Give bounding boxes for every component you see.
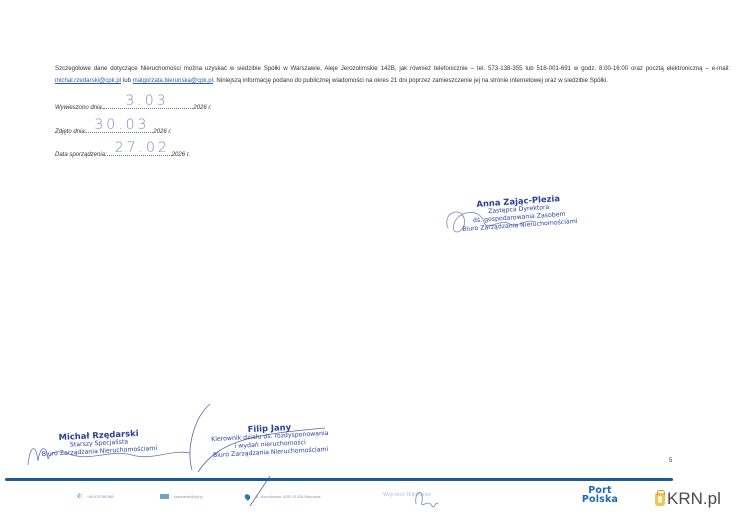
paragraph-text-1: Szczegółowe dane dotyczące Nieruchomości… (55, 65, 730, 72)
stamp-filip-jany: Filip Jany Kierownik działu ds. rozdyspo… (189, 419, 351, 461)
location-pin-icon (244, 493, 252, 501)
footer-phone-text: +48 578 088 888 (87, 495, 113, 499)
date-prepared-label: Data sporządzenia: (55, 152, 107, 158)
date-prepared-suffix: 2026 r. (172, 152, 190, 158)
date-prepared-line: Data sporządzenia:27.022026 r. (55, 149, 190, 158)
faded-stamp: Wojciech Bilkiewski (383, 492, 431, 498)
document-page: Szczegółowe dane dotyczące Nieruchomości… (0, 0, 740, 524)
date-removed-handwritten: 30.03 (94, 117, 149, 133)
phone-icon: ✆ (77, 494, 82, 500)
email-link-michal[interactable]: michal.rzedarski@cpk.pl (55, 77, 121, 84)
date-posted-field: 3.03 (103, 102, 193, 109)
date-prepared-field: 27.02 (107, 149, 172, 156)
date-prepared-handwritten: 27.02 (115, 140, 170, 156)
footer-email-text: sekretariat@cpk.pl (174, 495, 203, 499)
date-removed-field: 30.03 (86, 126, 153, 133)
port-polska-logo: Port Polska (575, 486, 625, 504)
paragraph-connector: lub (121, 77, 133, 84)
info-paragraph: Szczegółowe dane dotyczące Nieruchomości… (55, 63, 730, 88)
krn-watermark-text: KRN.pl (667, 489, 721, 509)
date-removed-label: Zdjęto dnia: (55, 129, 86, 135)
footer-divider (5, 478, 673, 481)
date-posted-handwritten: 3.03 (125, 93, 168, 109)
mail-icon (160, 494, 169, 499)
krn-bag-icon (655, 493, 665, 506)
brand-line-2: Polska (575, 495, 625, 504)
krn-watermark: KRN.pl (655, 489, 721, 509)
date-posted-suffix: 2026 r. (193, 105, 211, 111)
stamp-michal-rzedarski: Michał Rzędarski Starszy Specjalista Biu… (23, 426, 174, 460)
footer-address-text: Al. Jerozolimskie 142B, 02-305 Warszawa (255, 495, 320, 499)
footer-phone: ✆ +48 578 088 888 (77, 494, 113, 500)
signature-faded (410, 484, 440, 514)
email-link-malgorzata[interactable]: malgorzata.bierunska@cpk.pl (133, 77, 213, 84)
page-number: 5 (669, 458, 672, 464)
date-posted-label: Wywieszono dnia: (55, 105, 103, 111)
paragraph-text-2: . Niniejszą informację podano do publicz… (213, 77, 608, 84)
date-removed-line: Zdjęto dnia:30.032026 r. (55, 126, 172, 135)
date-removed-suffix: 2026 r. (153, 129, 171, 135)
date-posted-line: Wywieszono dnia:3.032026 r. (55, 102, 212, 111)
footer-address: Al. Jerozolimskie 142B, 02-305 Warszawa (245, 494, 320, 500)
stamp-anna-zajac-plezia: Anna Zając-Plezia Zastępca Dyrektora ds.… (447, 191, 591, 235)
footer-email: sekretariat@cpk.pl (160, 494, 203, 499)
